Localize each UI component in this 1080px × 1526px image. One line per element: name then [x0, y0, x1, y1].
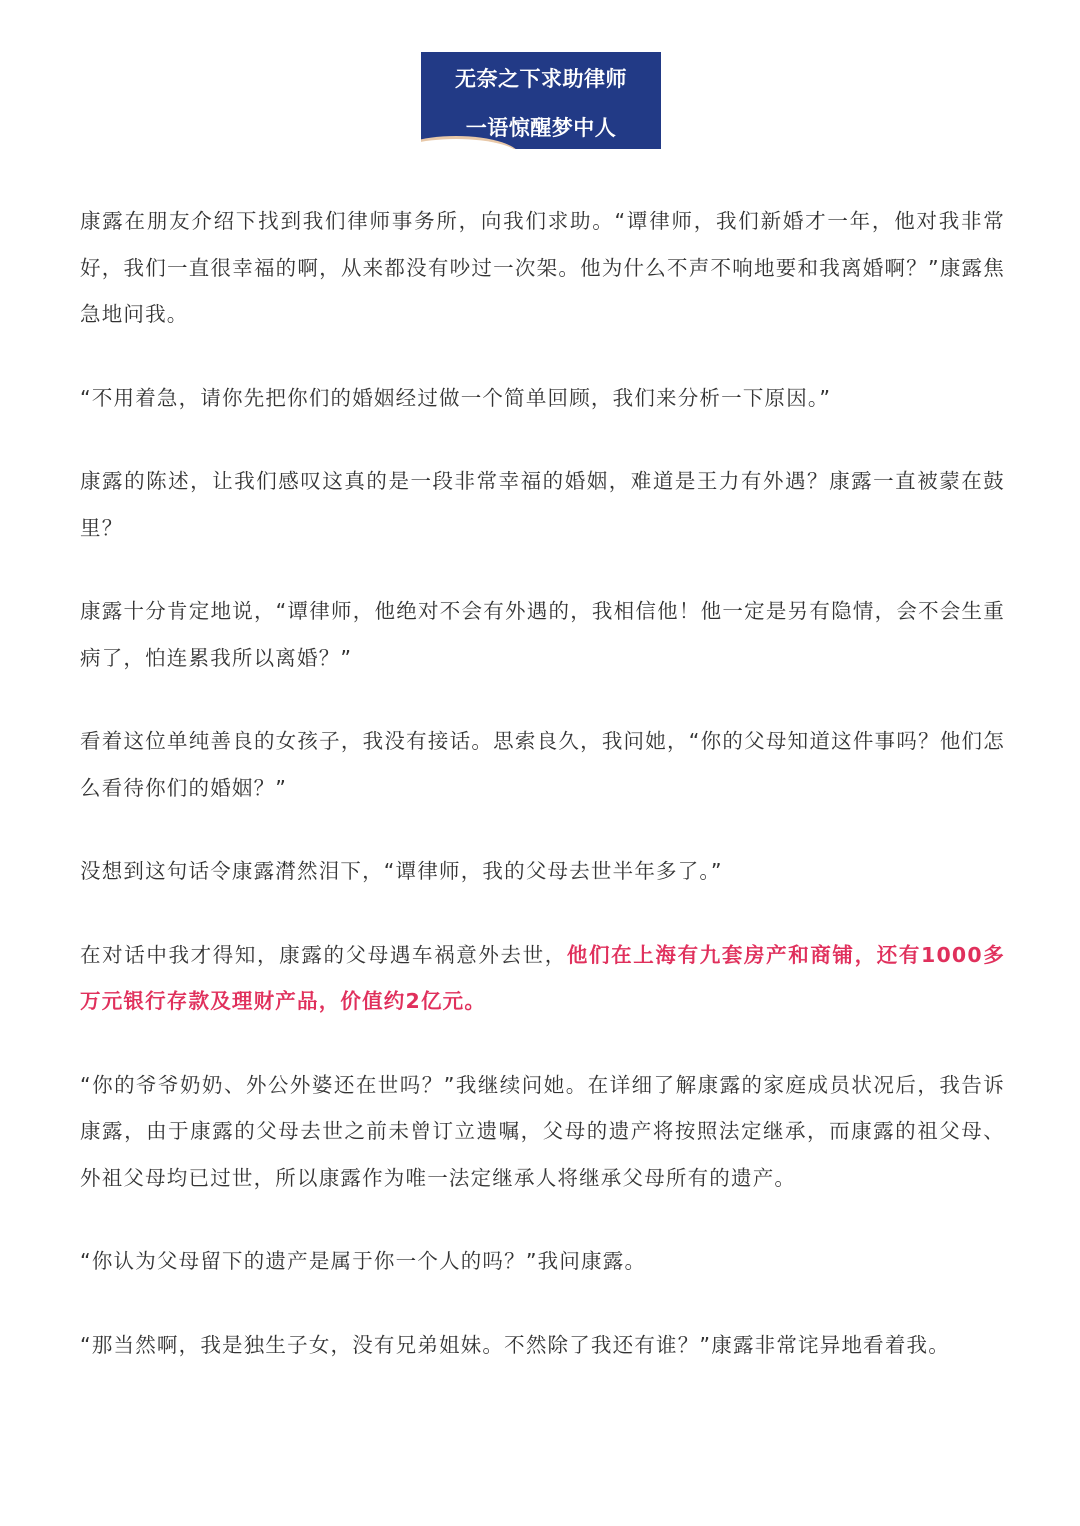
paragraph-text: 没想到这句话令康露潸然泪下，“谭律师，我的父母去世半年多了。”: [80, 859, 723, 883]
paragraph-5: 看着这位单纯善良的女孩子，我没有接话。思索良久，我问她，“你的父母知道这件事吗？…: [80, 718, 1005, 811]
paragraph-1: 康露在朋友介绍下找到我们律师事务所，向我们求助。“谭律师，我们新婚才一年，他对我…: [80, 198, 1005, 338]
paragraph-text: “你认为父母留下的遗产是属于你一个人的吗？”我问康露。: [80, 1249, 646, 1273]
paragraph-10: “那当然啊，我是独生子女，没有兄弟姐妹。不然除了我还有谁？”康露非常诧异地看着我…: [80, 1322, 1005, 1369]
article-body: 康露在朋友介绍下找到我们律师事务所，向我们求助。“谭律师，我们新婚才一年，他对我…: [80, 198, 1005, 1405]
paragraph-6: 没想到这句话令康露潸然泪下，“谭律师，我的父母去世半年多了。”: [80, 848, 1005, 895]
paragraph-8: “你的爷爷奶奶、外公外婆还在世吗？”我继续问她。在详细了解康露的家庭成员状况后，…: [80, 1062, 1005, 1202]
paragraph-4: 康露十分肯定地说，“谭律师，他绝对不会有外遇的，我相信他！他一定是另有隐情，会不…: [80, 588, 1005, 681]
paragraph-text: 康露十分肯定地说，“谭律师，他绝对不会有外遇的，我相信他！他一定是另有隐情，会不…: [80, 599, 1005, 670]
paragraph-9: “你认为父母留下的遗产是属于你一个人的吗？”我问康露。: [80, 1238, 1005, 1285]
paragraph-text: “那当然啊，我是独生子女，没有兄弟姐妹。不然除了我还有谁？”康露非常诧异地看着我…: [80, 1333, 950, 1357]
paragraph-text: 看着这位单纯善良的女孩子，我没有接话。思索良久，我问她，“你的父母知道这件事吗？…: [80, 729, 1005, 800]
paragraph-text: “不用着急，请你先把你们的婚姻经过做一个简单回顾，我们来分析一下原因。”: [80, 386, 831, 410]
paragraph-3: 康露的陈述，让我们感叹这真的是一段非常幸福的婚姻，难道是王力有外遇？康露一直被蒙…: [80, 458, 1005, 551]
section-title-banner: 无奈之下求助律师 一语惊醒梦中人: [421, 52, 661, 149]
paragraph-2: “不用着急，请你先把你们的婚姻经过做一个简单回顾，我们来分析一下原因。”: [80, 375, 1005, 422]
paragraph-text: 康露的陈述，让我们感叹这真的是一段非常幸福的婚姻，难道是王力有外遇？康露一直被蒙…: [80, 469, 1005, 540]
paragraph-text: “你的爷爷奶奶、外公外婆还在世吗？”我继续问她。在详细了解康露的家庭成员状况后，…: [80, 1073, 1005, 1190]
paragraph-text: 康露在朋友介绍下找到我们律师事务所，向我们求助。“谭律师，我们新婚才一年，他对我…: [80, 209, 1005, 326]
paragraph-text: 在对话中我才得知，康露的父母遇车祸意外去世，: [80, 943, 567, 967]
banner-title-line-1: 无奈之下求助律师: [421, 63, 661, 93]
paragraph-7: 在对话中我才得知，康露的父母遇车祸意外去世，他们在上海有九套房产和商铺，还有10…: [80, 932, 1005, 1025]
